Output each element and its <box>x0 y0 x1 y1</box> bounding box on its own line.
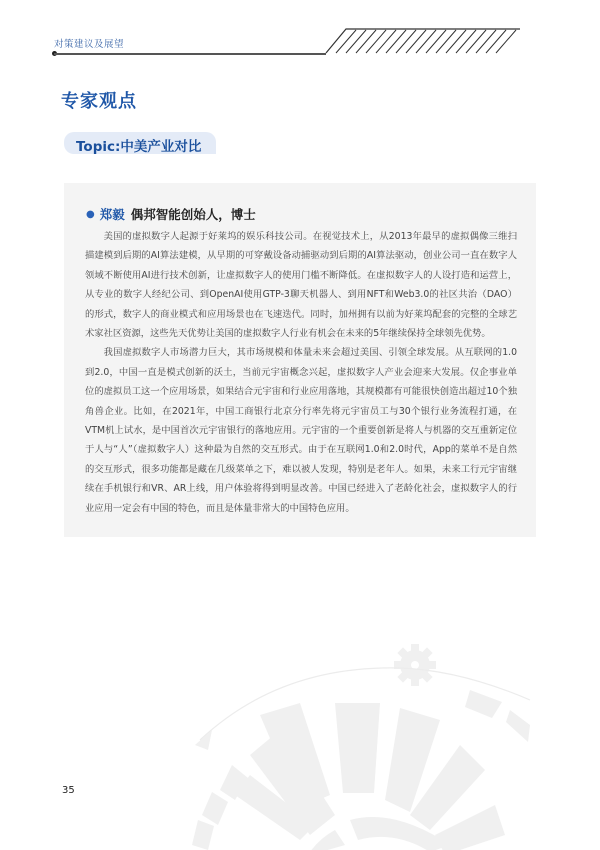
hatch-decoration <box>320 26 540 58</box>
quote-body: 美国的虚拟数字人起源于好莱坞的娱乐科技公司。在视觉技术上，从2013年最早的虚拟… <box>85 227 517 518</box>
section-label: 对策建议及展望 <box>54 36 124 50</box>
page-number: 35 <box>62 785 75 796</box>
header-rule <box>54 53 326 55</box>
gear-wheel-watermark-icon <box>130 590 600 850</box>
speaker-line: ●郑毅偶邦智能创始人，博士 <box>86 205 256 223</box>
bullet-icon: ● <box>86 209 95 220</box>
topic-label: Topic:中美产业对比 <box>76 135 201 155</box>
quote-paragraph: 美国的虚拟数字人起源于好莱坞的娱乐科技公司。在视觉技术上，从2013年最早的虚拟… <box>85 227 517 343</box>
page-title: 专家观点 <box>61 87 137 113</box>
expert-quote-card: ●郑毅偶邦智能创始人，博士 美国的虚拟数字人起源于好莱坞的娱乐科技公司。在视觉技… <box>64 183 536 537</box>
topic-tag: Topic:中美产业对比 <box>64 132 216 154</box>
speaker-title: 偶邦智能创始人，博士 <box>131 207 256 222</box>
speaker-name: 郑毅 <box>100 207 125 222</box>
quote-paragraph: 我国虚拟数字人市场潜力巨大，其市场规模和体量未来会超过美国、引领全球发展。从互联… <box>85 343 517 518</box>
